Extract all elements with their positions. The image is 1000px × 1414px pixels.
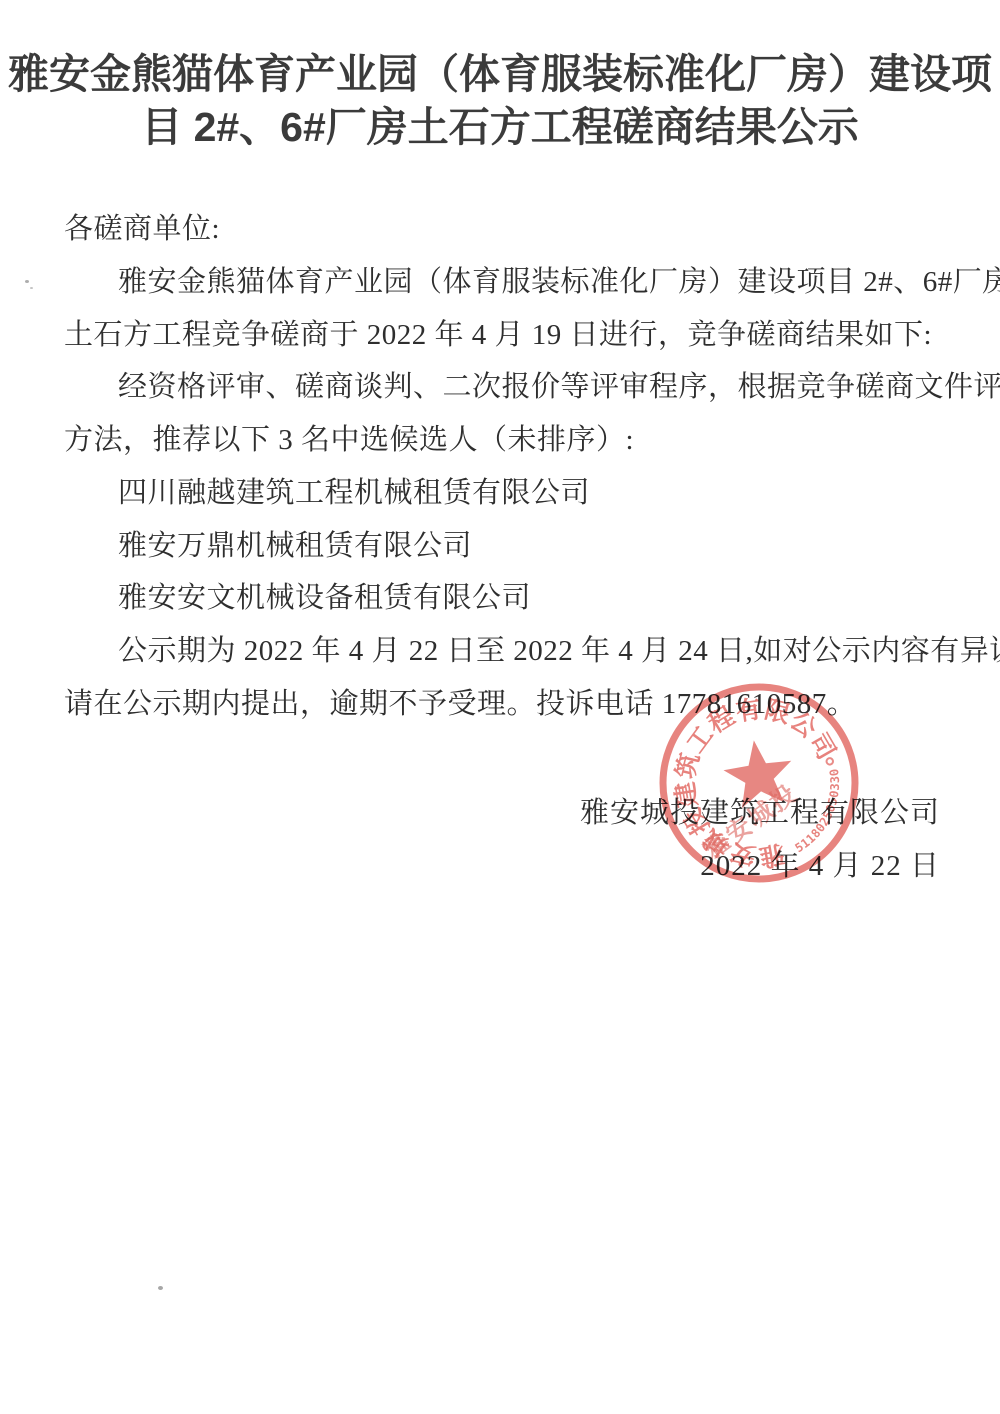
- scan-speck: [25, 280, 29, 283]
- paragraph-1-line-1: 雅安金熊猫体育产业园（体育服装标准化厂房）建设项目 2#、6#厂房: [64, 265, 942, 299]
- scan-speck: [30, 287, 33, 289]
- svg-text:筑: 筑: [672, 750, 705, 781]
- salutation: 各磋商单位:: [64, 212, 942, 246]
- svg-text:0: 0: [827, 768, 842, 777]
- title-line-1: 雅安金熊猫体育产业园（体育服装标准化厂房）建设项: [0, 48, 1000, 101]
- signature-company: 雅安城投建筑工程有限公司: [580, 790, 940, 831]
- candidate-company-3: 雅安安文机械设备租赁有限公司: [64, 581, 942, 615]
- svg-text:工: 工: [682, 721, 719, 758]
- svg-text:3: 3: [828, 776, 842, 784]
- svg-text:司: 司: [804, 729, 841, 765]
- document-page: 雅安金熊猫体育产业园（体育服装标准化厂房）建设项 目 2#、6#厂房土石方工程磋…: [0, 0, 1000, 1414]
- paragraph-2-line-2: 方法，推荐以下 3 名中选候选人（未排序）:: [64, 423, 942, 457]
- document-title: 雅安金熊猫体育产业园（体育服装标准化厂房）建设项 目 2#、6#厂房土石方工程磋…: [0, 48, 1000, 154]
- paragraph-2-line-1: 经资格评审、磋商谈判、二次报价等评审程序，根据竞争磋商文件评审: [64, 370, 942, 404]
- candidate-company-1: 四川融越建筑工程机械租赁有限公司: [64, 476, 942, 510]
- paragraph-3-line-2: 请在公示期内提出，逾期不予受理。投诉电话 17781610587。: [64, 687, 942, 721]
- paragraph-3-line-1: 公示期为 2022 年 4 月 22 日至 2022 年 4 月 24 日,如对…: [64, 634, 942, 668]
- title-line-2: 目 2#、6#厂房土石方工程磋商结果公示: [0, 101, 1000, 154]
- candidate-company-2: 雅安万鼎机械租赁有限公司: [64, 529, 942, 563]
- scan-speck: [158, 1286, 163, 1290]
- paragraph-1-line-2: 土石方工程竞争磋商于 2022 年 4 月 19 日进行，竞争磋商结果如下:: [64, 318, 942, 352]
- signature-date: 2022 年 4 月 22 日: [700, 843, 940, 884]
